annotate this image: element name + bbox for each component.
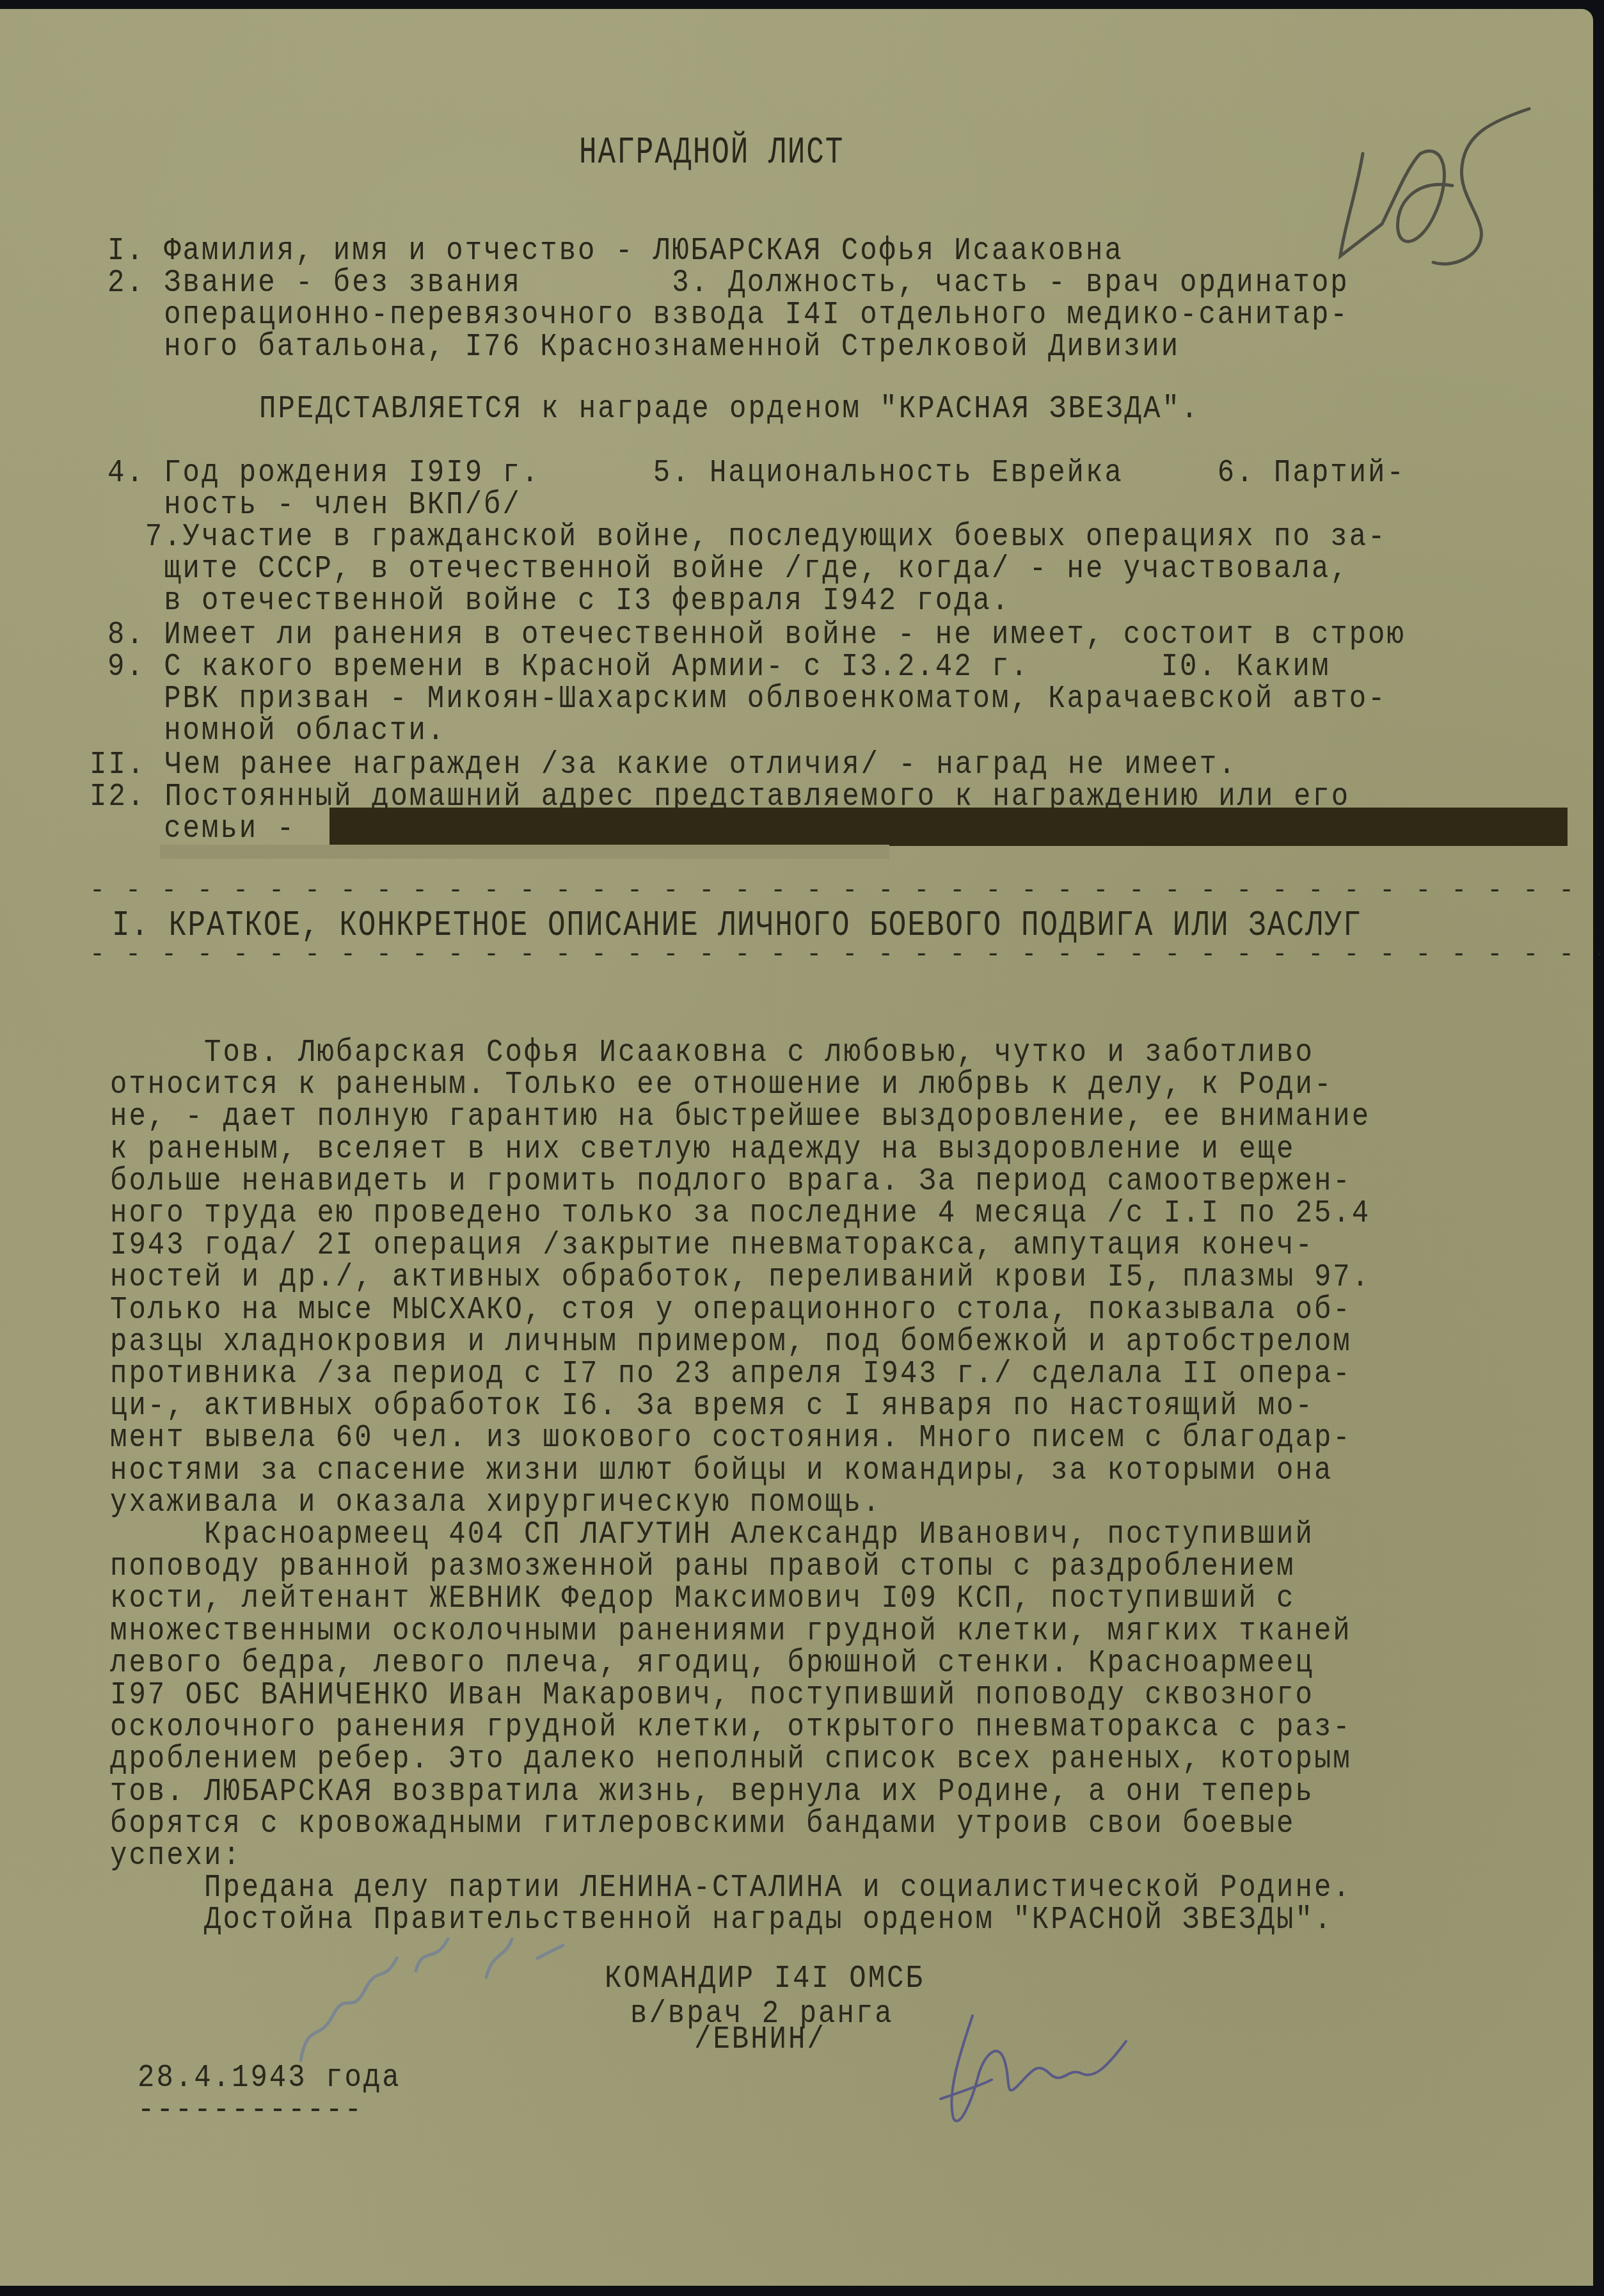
body-line: не, - дает полную гарантию на быстрейшее… <box>110 1099 1370 1135</box>
field-birth-nationality-party: 4. Год рождения I9I9 г. 5. Национальност… <box>107 456 1406 491</box>
body-line: больше ненавидеть и громить подлого враг… <box>110 1164 1352 1200</box>
body-line: дроблением ребер. Это далеко неполный сп… <box>110 1742 1352 1778</box>
body-line: I97 ОБС ВАНИЧЕНКО Иван Макарович, поступ… <box>110 1678 1314 1714</box>
section-heading: I. КРАТКОЕ, КОНКРЕТНОЕ ОПИСАНИЕ ЛИЧНОГО … <box>112 905 1362 945</box>
date-underline: ------------ <box>138 2093 363 2128</box>
signature-handwritten <box>934 2003 1222 2131</box>
body-line: кости, лейтенант ЖЕВНИК Федор Максимович… <box>110 1581 1295 1617</box>
field-full-name: I. Фамилия, имя и отчество - ЛЮБАРСКАЯ С… <box>107 234 1124 269</box>
field-participation: 7.Участие в гражданской войне, последующ… <box>107 520 1387 555</box>
body-line: мент вывела 60 чел. из шокового состояни… <box>110 1421 1352 1456</box>
signature-commander-title: КОМАНДИР I4I ОМСБ <box>605 1961 925 1997</box>
field-army-since: 9. С какого времени в Красной Армии- с I… <box>107 650 1330 685</box>
body-line: ци-, активных обработок I6. За время с I… <box>110 1389 1314 1424</box>
redaction-edge <box>160 845 889 859</box>
dashed-rule-bottom: - - - - - - - - - - - - - - - - - - - - … <box>90 941 1600 969</box>
body-line: относится к раненым. Только ее отношение… <box>110 1067 1333 1103</box>
body-line: тов. ЛЮБАРСКАЯ возвратила жизнь, вернула… <box>110 1774 1314 1810</box>
body-line: успехи: <box>110 1838 242 1874</box>
field-participation-cont-2: в отечественной войне с I3 февраля I942 … <box>107 584 1010 619</box>
body-line: разцы хладнокровия и личным примером, по… <box>110 1325 1352 1360</box>
field-prior-awards: II. Чем ранее награжден /за какие отличи… <box>90 747 1237 783</box>
body-line: Только на мысе МЫСХАКО, стоя у операцион… <box>110 1293 1352 1328</box>
body-line: ного труда ею проведено только за послед… <box>110 1196 1370 1232</box>
dashed-rule-top: - - - - - - - - - - - - - - - - - - - - … <box>90 877 1587 905</box>
body-line: поповоду рванной размозженной раны право… <box>110 1549 1295 1585</box>
body-line: множественными осколочными ранениями гру… <box>110 1614 1352 1650</box>
nomination-line: ПРЕДСТАВЛЯЕТСЯ к награде орденом "КРАСНА… <box>259 392 1200 427</box>
ink-mark <box>294 1933 614 2080</box>
field-participation-cont-1: щите СССР, в отечественной войне /где, к… <box>107 552 1349 587</box>
document-date: 28.4.1943 года <box>138 2061 401 2096</box>
field-position-cont-1: операционно-перевязочного взвода I4I отд… <box>107 298 1349 333</box>
archive-number-handwritten <box>1324 83 1568 275</box>
field-wounds: 8. Имеет ли ранения в отечественной войн… <box>107 618 1406 653</box>
field-party-cont: ность - член ВКП/б/ <box>107 488 521 523</box>
body-line: противника /за период с I7 по 23 апреля … <box>110 1357 1352 1392</box>
body-line: I943 года/ 2I операция /закрытие пневмат… <box>110 1228 1314 1264</box>
body-line: ухаживала и оказала хирургическую помощь… <box>110 1485 882 1521</box>
field-home-address-cont: семьи - <box>107 811 296 847</box>
signature-name: /ЕВНИН/ <box>694 2022 826 2058</box>
body-line: осколочного ранения грудной клетки, откр… <box>110 1710 1352 1746</box>
body-line: борятся с кровожадными гитлеровскими бан… <box>110 1806 1295 1842</box>
body-line: ностями за спасение жизни шлют бойцы и к… <box>110 1453 1333 1489</box>
document-title: НАГРАДНОЙ ЛИСТ <box>579 131 844 175</box>
field-draft-office: РВК призван - Микоян-Шахарским облвоенко… <box>107 682 1387 717</box>
body-line: к раненым, вселяет в них светлую надежду… <box>110 1132 1295 1168</box>
body-line: левого бедра, левого плеча, ягодиц, брюш… <box>110 1646 1314 1682</box>
body-line: Тов. Любарская Софья Исааковна с любовью… <box>110 1035 1314 1071</box>
field-rank-position: 2. Звание - без звания 3. Должность, час… <box>107 266 1349 301</box>
body-line: Предана делу партии ЛЕНИНА-СТАЛИНА и соц… <box>110 1870 1352 1906</box>
field-position-cont-2: ного батальона, I76 Краснознаменной Стре… <box>107 330 1180 365</box>
body-line: Достойна Правительственной награды орден… <box>110 1902 1333 1938</box>
field-draft-office-cont: номной области. <box>107 714 446 749</box>
body-line: Красноармеец 404 СП ЛАГУТИН Александр Ив… <box>110 1517 1314 1553</box>
redaction-bar <box>330 808 1568 846</box>
body-line: ностей и др./, активных обработок, перел… <box>110 1260 1370 1296</box>
